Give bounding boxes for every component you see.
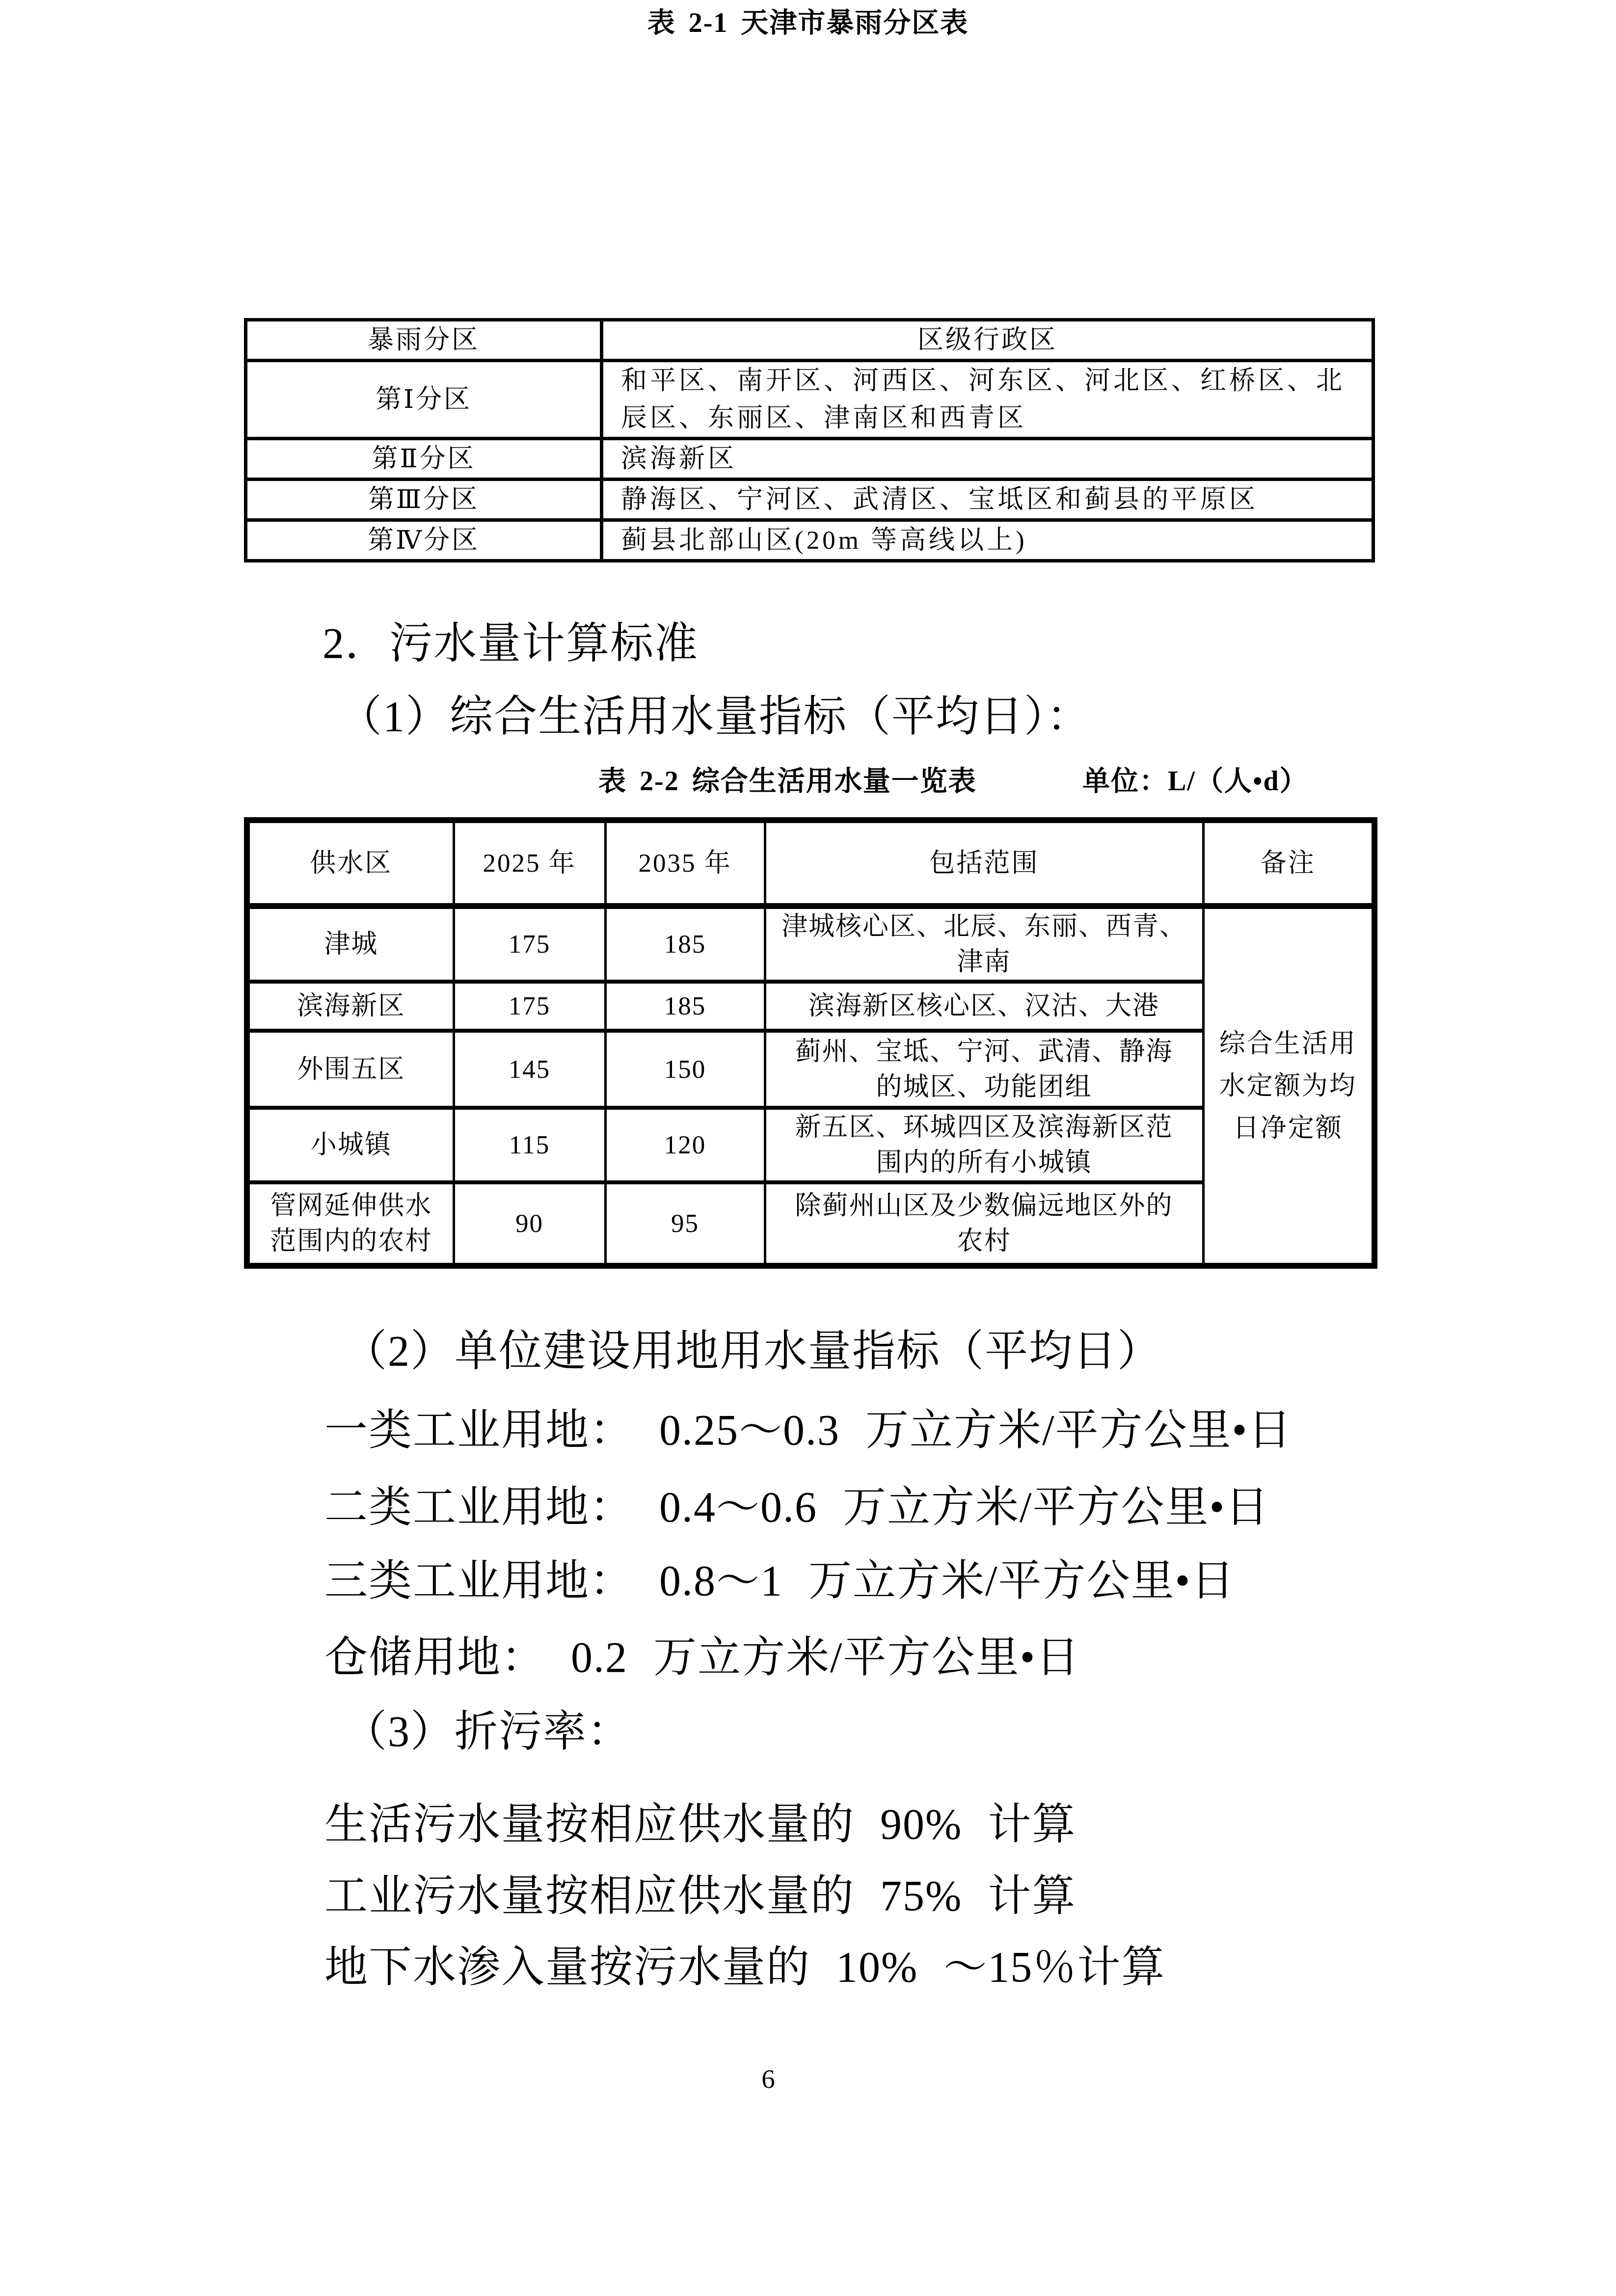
area-cell: 外围五区 — [247, 1031, 454, 1108]
area-cell: 小城镇 — [247, 1108, 454, 1182]
water-consumption-table: 供水区 2025 年 2035 年 包括范围 备注 津城 175 185 津城核… — [244, 817, 1377, 1269]
header-cell-scope: 包括范围 — [765, 820, 1203, 906]
rainstorm-zone-table: 暴雨分区 区级行政区 第Ⅰ分区 和平区、南开区、河西区、河东区、河北区、红桥区、… — [244, 318, 1375, 562]
table2-caption-row: 表 2-2 综合生活用水量一览表 — [598, 760, 977, 798]
value-2035-cell: 95 — [605, 1182, 765, 1266]
header-cell-zone: 暴雨分区 — [246, 320, 602, 361]
value-2035-cell: 120 — [605, 1108, 765, 1182]
page-number-row: 6 — [0, 2059, 1536, 2098]
zone-cell: 第Ⅳ分区 — [246, 520, 602, 561]
section-heading: 2．污水量计算标准 — [323, 603, 699, 676]
document-page: 表 2-1 天津市暴雨分区表 暴雨分区 区级行政区 第Ⅰ分区 和平区、南开区、河… — [0, 0, 1616, 2296]
area-cell: 滨海新区 — [247, 982, 454, 1031]
table-header-row: 暴雨分区 区级行政区 — [246, 320, 1374, 361]
table-row: 第Ⅳ分区 蓟县北部山区(20m 等高线以上) — [246, 520, 1374, 561]
rate-line-industrial: 工业污水量按相应供水量的 75% 计算 — [324, 1855, 1076, 1929]
scope-cell: 蓟州、宝坻、宁河、武清、静海 的城区、功能团组 — [765, 1031, 1203, 1108]
scope-cell: 新五区、环城四区及滨海新区范 围内的所有小城镇 — [765, 1108, 1203, 1182]
zone-cell: 第Ⅰ分区 — [246, 361, 602, 439]
districts-cell: 和平区、南开区、河西区、河东区、河北区、红桥区、北 辰区、东丽区、津南区和西青区 — [602, 361, 1374, 439]
table2-unit-label: 单位：L/（人•d） — [1082, 759, 1308, 799]
header-cell-2025: 2025 年 — [454, 820, 605, 906]
section-item-2: （2）单位建设用地用水量指标（平均日） — [344, 1310, 1161, 1384]
standard-line-industry-1: 一类工业用地： 0.25～0.3 万立方米/平方公里•日 — [324, 1389, 1292, 1463]
section-item-1: （1）综合生活用水量指标（平均日）： — [339, 676, 1091, 749]
table-row: 第Ⅲ分区 静海区、宁河区、武清区、宝坻区和蓟县的平原区 — [246, 480, 1374, 520]
value-2025-cell: 175 — [454, 906, 605, 982]
scope-cell: 津城核心区、北辰、东丽、西青、 津南 — [765, 906, 1203, 982]
table1-caption-row: 表 2-1 天津市暴雨分区表 — [0, 0, 1616, 41]
remark-cell: 综合生活用 水定额为均 日净定额 — [1203, 906, 1374, 1266]
rate-line-domestic: 生活污水量按相应供水量的 90% 计算 — [324, 1784, 1076, 1857]
districts-cell: 静海区、宁河区、武清区、宝坻区和蓟县的平原区 — [602, 480, 1374, 520]
table-row: 津城 175 185 津城核心区、北辰、东丽、西青、 津南 综合生活用 水定额为… — [247, 906, 1374, 982]
districts-cell: 滨海新区 — [602, 439, 1374, 480]
scope-cell: 除蓟州山区及少数偏远地区外的 农村 — [765, 1182, 1203, 1266]
table1-caption: 表 2-1 天津市暴雨分区表 — [647, 1, 969, 40]
standard-line-industry-3: 三类工业用地： 0.8～1 万立方米/平方公里•日 — [324, 1540, 1235, 1614]
zone-cell: 第Ⅲ分区 — [246, 480, 602, 520]
standard-line-warehouse: 仓储用地： 0.2 万立方米/平方公里•日 — [324, 1617, 1080, 1690]
value-2035-cell: 185 — [605, 906, 765, 982]
header-cell-remark: 备注 — [1203, 820, 1374, 906]
table-row: 第Ⅱ分区 滨海新区 — [246, 439, 1374, 480]
area-cell: 津城 — [247, 906, 454, 982]
table-row: 第Ⅰ分区 和平区、南开区、河西区、河东区、河北区、红桥区、北 辰区、东丽区、津南… — [246, 361, 1374, 439]
value-2035-cell: 185 — [605, 982, 765, 1031]
zone-cell: 第Ⅱ分区 — [246, 439, 602, 480]
area-cell: 管网延伸供水 范围内的农村 — [247, 1182, 454, 1266]
section-item-3: （3）折污率： — [344, 1691, 631, 1764]
page-number: 6 — [761, 2063, 775, 2094]
scope-cell: 滨海新区核心区、汉沽、大港 — [765, 982, 1203, 1031]
rate-line-groundwater: 地下水渗入量按污水量的 10% ～15％计算 — [324, 1926, 1165, 2000]
districts-cell: 蓟县北部山区(20m 等高线以上) — [602, 520, 1374, 561]
table2-unit-row: 单位：L/（人•d） — [1082, 760, 1308, 798]
value-2035-cell: 150 — [605, 1031, 765, 1108]
value-2025-cell: 115 — [454, 1108, 605, 1182]
table-header-row: 供水区 2025 年 2035 年 包括范围 备注 — [247, 820, 1374, 906]
value-2025-cell: 145 — [454, 1031, 605, 1108]
value-2025-cell: 175 — [454, 982, 605, 1031]
table2-caption: 表 2-2 综合生活用水量一览表 — [598, 759, 977, 799]
header-cell-area: 供水区 — [247, 820, 454, 906]
standard-line-industry-2: 二类工业用地： 0.4～0.6 万立方米/平方公里•日 — [324, 1467, 1269, 1540]
value-2025-cell: 90 — [454, 1182, 605, 1266]
header-cell-2035: 2035 年 — [605, 820, 765, 906]
header-cell-admin: 区级行政区 — [602, 320, 1374, 361]
